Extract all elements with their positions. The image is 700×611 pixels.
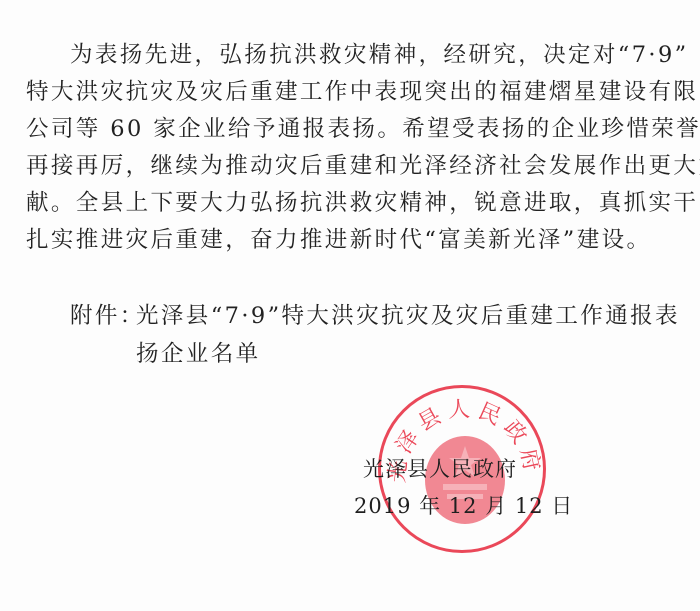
attachment-title-line-2: 扬企业名单 [136, 339, 261, 369]
body-paragraph-line-1: 为表扬先进，弘扬抗洪救灾精神，经研究，决定对“7·9” [70, 40, 689, 70]
attachment-label: 附件： [70, 301, 145, 331]
issuer-name: 光泽县人民政府 [363, 453, 517, 483]
body-paragraph-line-4: 再接再厉，继续为推动灾后重建和光泽经济社会发展作出更大贡 [26, 151, 700, 181]
body-paragraph-line-6: 扎实推进灾后重建，奋力推进新时代“富美新光泽”建设。 [26, 225, 651, 255]
body-paragraph-line-2: 特大洪灾抗灾及灾后重建工作中表现突出的福建熠星建设有限 [26, 77, 698, 107]
body-paragraph-line-3: 公司等 60 家企业给予通报表扬。希望受表扬的企业珍惜荣誉， [26, 114, 700, 144]
body-paragraph-line-5: 献。全县上下要大力弘扬抗洪救灾精神，锐意进取，真抓实干， [26, 188, 700, 218]
attachment-title-line-1: 光泽县“7·9”特大洪灾抗灾及灾后重建工作通报表 [136, 301, 680, 331]
issue-date: 2019 年 12 月 12 日 [354, 490, 573, 520]
document-page: 为表扬先进，弘扬抗洪救灾精神，经研究，决定对“7·9” 特大洪灾抗灾及灾后重建工… [0, 0, 700, 611]
